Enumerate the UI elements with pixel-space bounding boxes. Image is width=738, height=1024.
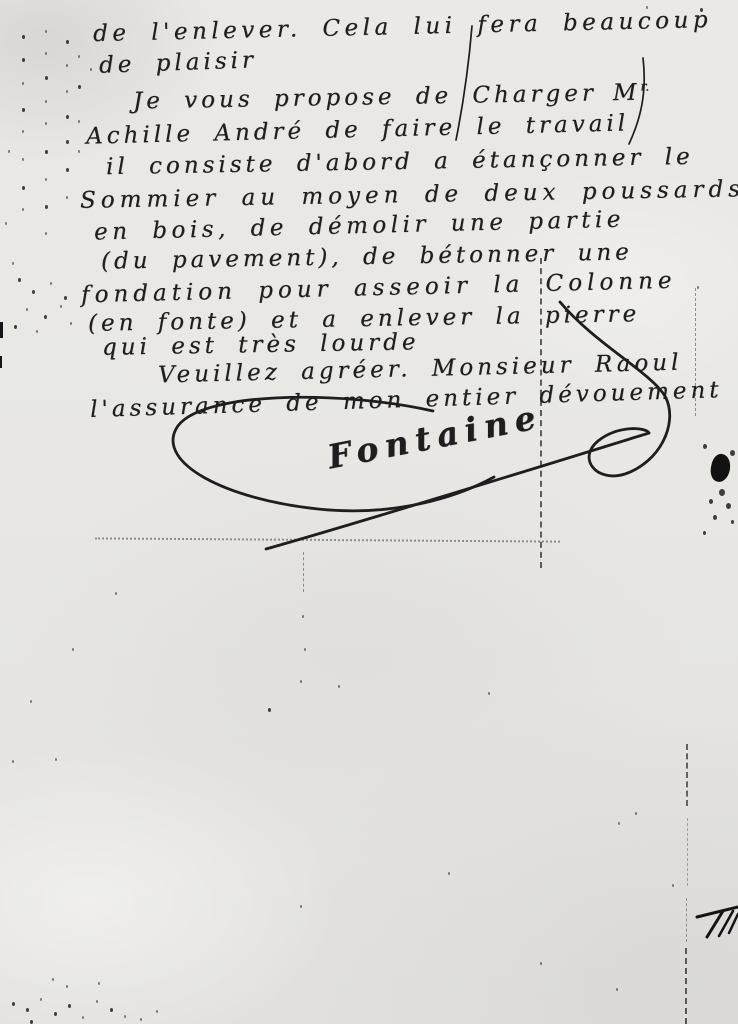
fold-crease-dashed-line xyxy=(685,948,687,1024)
speckle xyxy=(22,58,25,62)
speckle xyxy=(12,1002,15,1006)
speckle xyxy=(66,64,68,67)
speckle xyxy=(45,232,47,235)
speckle xyxy=(709,499,713,504)
fold-crease-dashed-line xyxy=(303,552,304,592)
handwritten-line: de l'enlever. Cela lui fera beaucoup xyxy=(93,7,713,47)
photocopied-letter-page: de l'enlever. Cela lui fera beaucoup de … xyxy=(0,0,738,1024)
photocopy-edge-mark xyxy=(0,356,2,368)
speckle xyxy=(488,692,490,695)
speckle xyxy=(70,322,72,325)
speckle xyxy=(300,905,302,908)
speckle xyxy=(40,998,42,1001)
speckle xyxy=(78,120,80,123)
speckle xyxy=(26,1008,29,1012)
speckle xyxy=(635,812,637,815)
abbrev-superscript: r. xyxy=(640,79,649,94)
speckle xyxy=(32,290,35,294)
line-text: Je vous propose de Charger xyxy=(133,80,597,114)
handwritten-line: de plaisir xyxy=(99,47,258,79)
speckle xyxy=(22,35,25,39)
speckle xyxy=(22,186,25,190)
speckle xyxy=(5,222,7,225)
speckle xyxy=(66,40,69,44)
speckle xyxy=(66,168,69,172)
speckle xyxy=(124,1015,126,1018)
speckle xyxy=(22,82,24,85)
speckle xyxy=(45,122,47,125)
speckle xyxy=(540,962,542,965)
speckle xyxy=(304,648,306,651)
speckle xyxy=(45,205,48,209)
speckle xyxy=(50,282,52,285)
speckle xyxy=(268,708,271,712)
handwritten-line: il consiste d'abord a étançonner le xyxy=(106,144,694,181)
speckle xyxy=(36,330,38,333)
speckle xyxy=(44,315,47,319)
fold-crease-dotted-line xyxy=(95,537,560,542)
speckle xyxy=(64,296,67,300)
speckle xyxy=(110,1008,113,1012)
speckle xyxy=(72,648,74,651)
speckle xyxy=(8,150,10,153)
monsieur-abbreviation: Mr. xyxy=(613,79,650,106)
fold-crease-dashed-line xyxy=(686,898,687,942)
speckle xyxy=(45,52,47,55)
fold-crease-dashed-line xyxy=(695,288,696,416)
abbrev-base: M xyxy=(613,80,641,106)
speckle xyxy=(82,1016,84,1019)
speckle xyxy=(302,615,304,618)
handwritten-line: Sommier au moyen de deux poussards xyxy=(80,176,738,214)
speckle xyxy=(45,100,47,103)
handwritten-line: Achille André de faire le travail xyxy=(86,110,630,150)
speckle xyxy=(66,985,68,988)
speckle xyxy=(12,262,14,265)
speckle xyxy=(726,503,731,509)
speckle xyxy=(55,758,57,761)
speckle xyxy=(22,130,24,133)
speckle xyxy=(300,680,302,683)
speckle xyxy=(697,286,699,289)
speckle xyxy=(45,150,48,154)
speckle xyxy=(618,822,620,825)
speckle xyxy=(448,872,450,875)
speckle xyxy=(60,305,62,308)
speckle xyxy=(78,150,80,153)
speckle xyxy=(713,515,717,520)
handwritten-line: Je vous propose de ChargerMr. xyxy=(133,79,650,114)
speckle xyxy=(22,158,24,161)
speckle xyxy=(703,444,707,449)
fold-crease-dashed-line xyxy=(687,818,688,886)
speckle xyxy=(66,90,68,93)
speckle xyxy=(52,978,54,981)
speckle xyxy=(54,1012,57,1016)
speckle xyxy=(18,278,21,282)
fold-crease-dashed-line xyxy=(540,258,542,568)
fold-crease-dashed-line xyxy=(686,744,688,806)
speckle xyxy=(78,85,81,89)
speckle xyxy=(646,6,648,9)
speckle xyxy=(98,982,100,985)
speckle xyxy=(115,592,117,595)
speckle xyxy=(616,988,618,991)
speckle xyxy=(30,1020,33,1024)
speckle xyxy=(719,489,725,496)
speckle xyxy=(12,760,14,763)
speckle xyxy=(45,178,47,181)
speckle xyxy=(66,115,69,119)
photocopy-edge-mark xyxy=(0,322,3,338)
speckle xyxy=(78,55,80,58)
speckle xyxy=(672,884,674,887)
speckle xyxy=(731,520,734,524)
speckle xyxy=(22,208,24,211)
speckle xyxy=(30,700,32,703)
speckle xyxy=(730,450,735,456)
speckle xyxy=(156,1010,158,1013)
speckle xyxy=(90,68,92,71)
speckle xyxy=(45,30,47,33)
speckle xyxy=(68,1004,71,1008)
speckle xyxy=(22,108,25,112)
speckle xyxy=(338,685,340,688)
speckle xyxy=(66,140,69,144)
ink-blot xyxy=(708,452,732,483)
speckle xyxy=(140,1018,142,1021)
speckle xyxy=(14,325,17,329)
speckle xyxy=(96,1000,98,1003)
speckle xyxy=(700,8,703,12)
speckle xyxy=(703,531,706,535)
speckle xyxy=(45,76,48,80)
speckle xyxy=(26,308,28,311)
speckle xyxy=(66,196,68,199)
